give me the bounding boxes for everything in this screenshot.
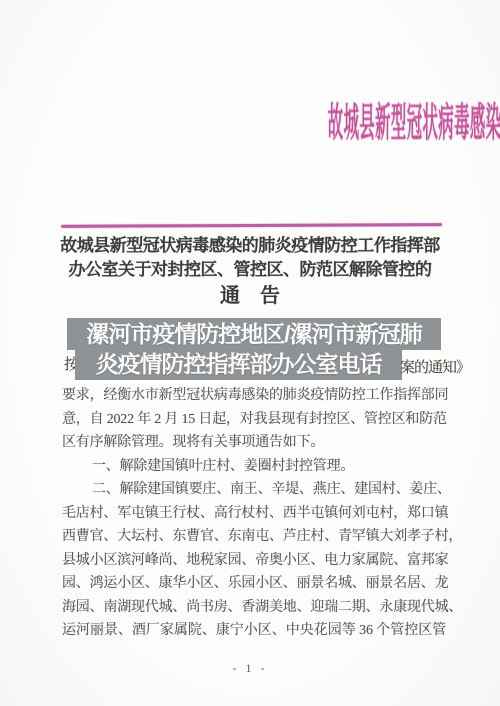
body-line: 县城小区滨河峰尚、地税家园、帝奥小区、电力家属院、富邦家 xyxy=(62,549,446,573)
body-line: 一、解除建国镇叶庄村、姜圈村封控管理。 xyxy=(62,455,446,479)
body-line: 运河丽景、酒厂家属院、康宁小区、中央花园等 36 个管控区管 xyxy=(62,619,446,643)
letterhead-divider-rule xyxy=(61,223,442,227)
covered-text-fragment-right: 案的通知》 xyxy=(400,356,470,377)
body-line: 海园、南湖现代城、尚书房、香湖美地、迎瑞二期、永康现代城、 xyxy=(62,596,446,620)
body-line: 意，自 2022 年 2 月 15 日起，对我县现有封控区、管控区和防范 xyxy=(62,408,446,432)
letterhead-row: 故城县新型冠状病毒感染的肺炎疫情防控工作指挥部办公室 xyxy=(0,100,500,146)
document-title-line2: 办公室关于对封控区、管控区、防范区解除管控的 xyxy=(0,258,500,282)
body-line: 西曹官、大坛村、东曹官、东南屯、芦庄村、青罕镇大刘孝子村， xyxy=(62,525,446,549)
body-line: 园、鸿运小区、康华小区、乐园小区、丽景名城、丽景名居、龙 xyxy=(62,572,446,596)
document-title: 故城县新型冠状病毒感染的肺炎疫情防控工作指挥部 办公室关于对封控区、管控区、防范… xyxy=(0,234,500,309)
caption-line1: 漯河市疫情防控地区/漯河市新冠肺 xyxy=(67,318,441,350)
document-title-line1: 故城县新型冠状病毒感染的肺炎疫情防控工作指挥部 xyxy=(0,234,500,258)
page-number: - 1 - xyxy=(0,661,500,676)
body-text: 要求，经衡水市新型冠状病毒感染的肺炎疫情防控工作指挥部同 意，自 2022 年 … xyxy=(62,384,446,643)
document-photo: 故城县新型冠状病毒感染的肺炎疫情防控工作指挥部办公室 故城县新型冠状病毒感染的肺… xyxy=(0,0,500,706)
letterhead-title: 故城县新型冠状病毒感染的肺炎疫情防控工作指挥部办公室 xyxy=(328,100,500,146)
body-line: 二、解除建国镇要庄、南王、辛堤、燕庄、建国村、姜庄、 xyxy=(62,478,446,502)
body-line: 要求，经衡水市新型冠状病毒感染的肺炎疫情防控工作指挥部同 xyxy=(62,384,446,408)
document-title-line3: 通 告 xyxy=(0,283,500,309)
caption-line2: 炎疫情防控指挥部办公室电话 xyxy=(75,350,402,380)
body-line: 区有序解除管理。现将有关事项通告如下。 xyxy=(62,431,446,455)
body-line: 毛店村、军屯镇王行杖、高行杖村、西半屯镇何刘屯村，郑口镇 xyxy=(62,502,446,526)
